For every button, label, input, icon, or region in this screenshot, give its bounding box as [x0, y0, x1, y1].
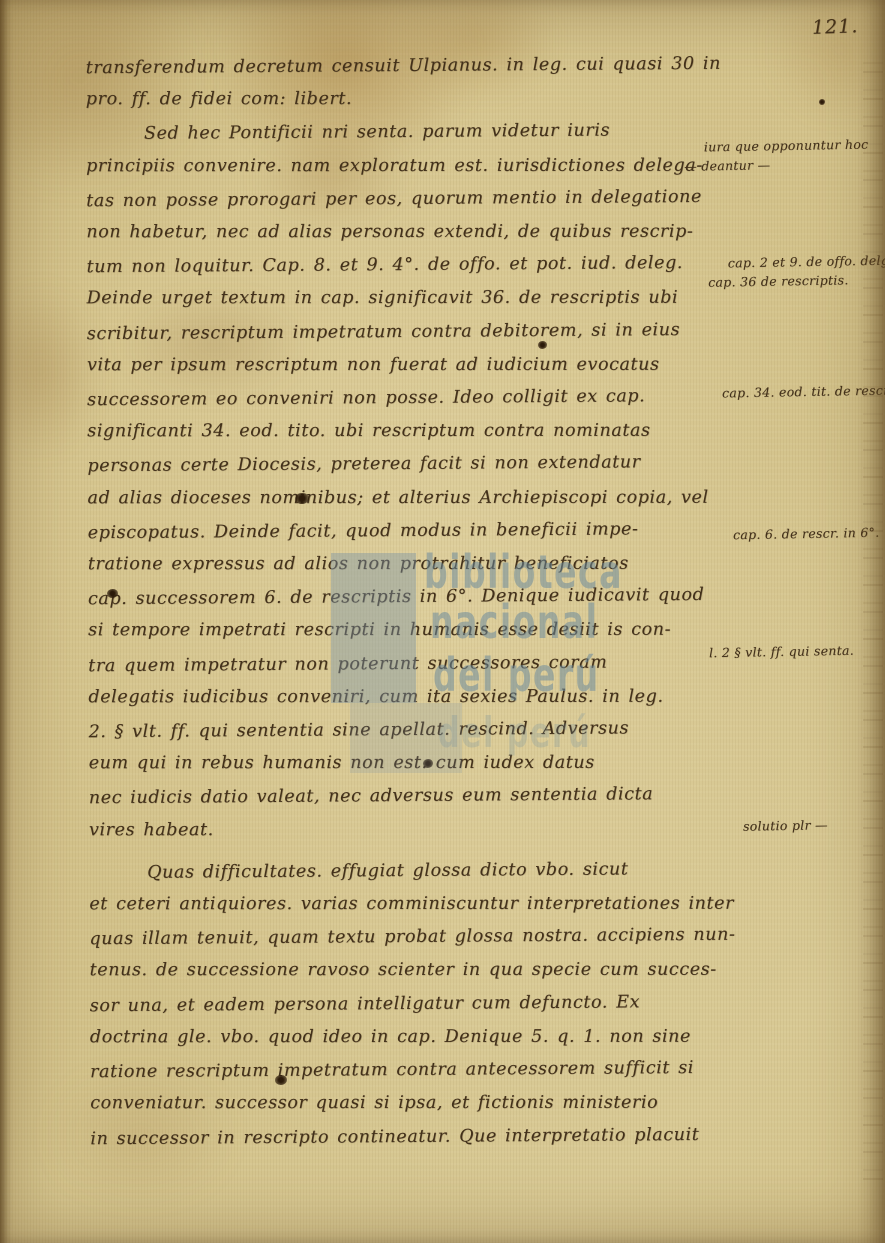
manuscript-line: si tempore impetrati rescripti in humani… — [88, 614, 720, 648]
margin-note: l. 2 § vlt. ff. qui senta. — [709, 641, 854, 663]
manuscript-line: eum qui in rebus humanis non est. cum iu… — [89, 747, 721, 781]
manuscript-line: 2. § vlt. ff. qui sententia sine apellat… — [88, 712, 720, 750]
manuscript-line: ratione rescriptum impetratum contra ant… — [90, 1052, 722, 1090]
manuscript-line: Sed hec Pontificii nri senta. parum vide… — [86, 114, 718, 152]
folio-number: 121. — [812, 15, 859, 39]
manuscript-line: tratione expressus ad alios non protrahi… — [88, 548, 720, 582]
manuscript-line: ad alias dioceses nominibus; et alterius… — [88, 481, 720, 515]
manuscript-line: delegatis iudicibus conveniri, cum ita s… — [88, 681, 720, 715]
manuscript-line: tas non posse prorogari per eos, quorum … — [86, 181, 718, 219]
ink-blot — [819, 99, 825, 105]
manuscript-line: successorem eo conveniri non posse. Ideo… — [87, 380, 719, 418]
margin-note: solutio plr — — [743, 815, 828, 835]
paragraph: transferendum decretum censuit Ulpianus.… — [86, 49, 718, 118]
margin-note-line: — deantur — — [684, 154, 869, 176]
paragraph: Sed hec Pontificii nri senta. parum vide… — [86, 115, 721, 848]
manuscript-line: transferendum decretum censuit Ulpianus.… — [86, 48, 718, 86]
manuscript-line: scribitur, rescriptum impetratum contra … — [87, 313, 719, 351]
margin-note: iura que opponuntur hoc — deantur — — [704, 135, 869, 176]
manuscript-line: principiis convenire. nam exploratum est… — [86, 149, 718, 183]
manuscript-line: cap. successorem 6. de rescriptis in 6°.… — [88, 579, 720, 617]
manuscript-line: non habetur, nec ad alias personas exten… — [86, 216, 718, 250]
manuscript-line: episcopatus. Deinde facit, quod modus in… — [88, 513, 720, 551]
manuscript-line: conveniatur. successor quasi si ipsa, et… — [90, 1087, 722, 1121]
manuscript-text-block: transferendum decretum censuit Ulpianus.… — [86, 49, 723, 1155]
manuscript-line: tra quem impetratur non poterunt success… — [88, 645, 720, 683]
margin-note-line: solutio plr — — [743, 817, 828, 833]
manuscript-line: Deinde urget textum in cap. significavit… — [87, 282, 719, 316]
manuscript-line: personas certe Diocesis, preterea facit … — [87, 446, 719, 484]
manuscript-line: pro. ff. de fidei com: libert. — [86, 83, 718, 117]
manuscript-line: vita per ipsum rescriptum non fuerat ad … — [87, 349, 719, 383]
manuscript-line: quas illam tenuit, quam textu probat glo… — [89, 919, 721, 957]
verso-ink-bleedthrough — [863, 60, 883, 1180]
manuscript-line: tum non loquitur. Cap. 8. et 9. 4°. de o… — [86, 247, 718, 285]
manuscript-line: vires habeat. — [89, 813, 721, 847]
manuscript-line: tenus. de successione ravoso scienter in… — [90, 954, 722, 988]
manuscript-page: 121. transferendum decretum censuit Ulpi… — [0, 0, 885, 1243]
manuscript-line: in successor in rescripto contineatur. Q… — [90, 1118, 722, 1156]
manuscript-line: sor una, et eadem persona intelligatur c… — [90, 985, 722, 1023]
paragraph: Quas difficultates. effugiat glossa dict… — [89, 853, 722, 1155]
margin-note-line: l. 2 § vlt. ff. qui senta. — [709, 643, 854, 661]
manuscript-line: et ceteri antiquiores. varias comminiscu… — [89, 888, 721, 922]
margin-note-line: iura que opponuntur hoc — [704, 137, 869, 155]
manuscript-line: Quas difficultates. effugiat glossa dict… — [89, 853, 721, 891]
manuscript-line: doctrina gle. vbo. quod ideo in cap. Den… — [90, 1021, 722, 1055]
manuscript-line: nec iudicis datio valeat, nec adversus e… — [89, 778, 721, 816]
page-edge-left — [0, 0, 12, 1243]
manuscript-line: significanti 34. eod. tito. ubi rescript… — [87, 415, 719, 449]
